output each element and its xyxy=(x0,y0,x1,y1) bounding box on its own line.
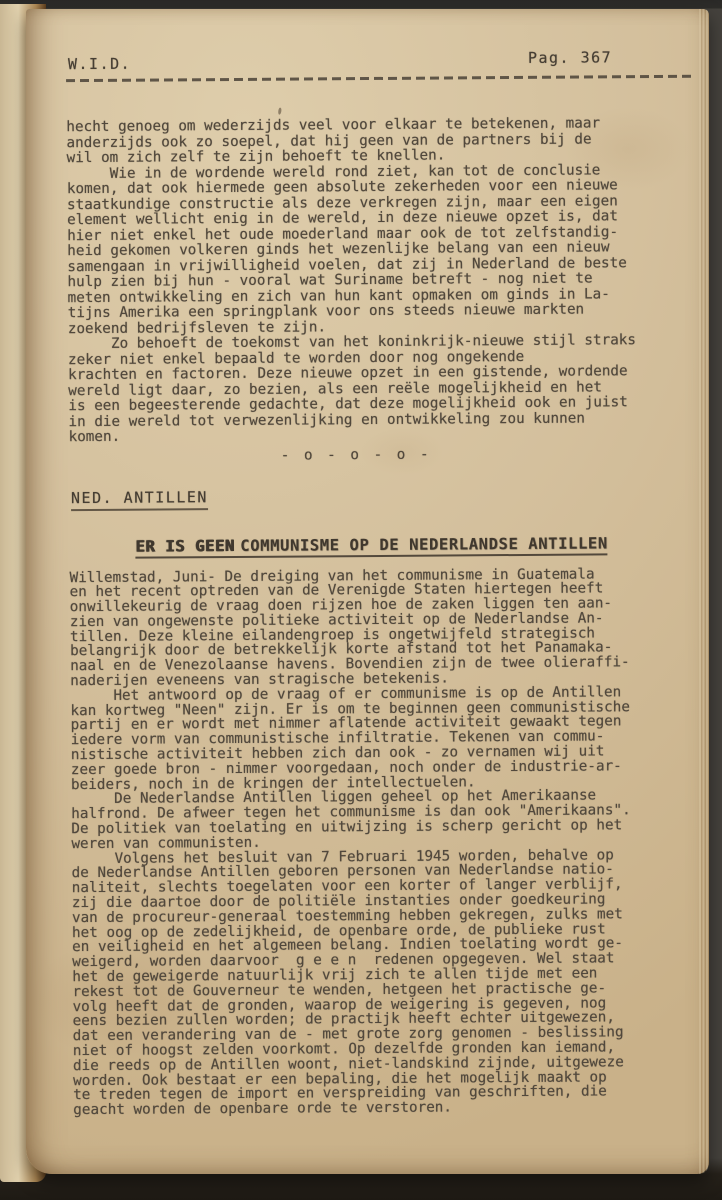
header-dashed-rule xyxy=(66,75,695,82)
header-page-number: Pag. 367 xyxy=(528,48,612,67)
paragraph: Volgens het besluit van 7 Februari 1945 … xyxy=(71,847,702,1118)
scan-backdrop: W.I.D. Pag. 367 hecht genoeg om wederzij… xyxy=(0,0,722,1200)
article-title: ER IS GEENCOMMUNISME OP DE NEDERLANDSE A… xyxy=(135,534,608,558)
article-text: Willemstad, Juni- De dreiging van het co… xyxy=(70,566,703,1118)
page-stack-edge xyxy=(699,9,709,1174)
paragraph: Zo behoeft de toekomst van het koninkrij… xyxy=(68,333,698,446)
continuation-text: hecht genoeg om wederzijds veel voor elk… xyxy=(66,116,697,446)
paragraph: De Nederlandse Antillen liggen geheel op… xyxy=(71,788,700,852)
document-page: W.I.D. Pag. 367 hecht genoeg om wederzij… xyxy=(26,9,709,1174)
page-content: W.I.D. Pag. 367 hecht genoeg om wederzij… xyxy=(26,5,717,1175)
article-title-rest: COMMUNISME OP DE NEDERLANDSE ANTILLEN xyxy=(240,534,608,555)
paragraph: Wie in de wordende wereld rond ziet, kan… xyxy=(67,162,697,337)
page-header: W.I.D. Pag. 367 xyxy=(66,51,695,82)
section-heading: NED. ANTILLEN xyxy=(71,488,208,511)
header-journal-label: W.I.D. xyxy=(68,55,131,73)
paragraph: Willemstad, Juni- De dreiging van het co… xyxy=(70,566,700,689)
article-title-strong: ER IS GEEN xyxy=(135,536,234,555)
section-separator: - o - o - o - xyxy=(281,444,698,463)
paragraph: hecht genoeg om wederzijds veel voor elk… xyxy=(66,116,695,167)
paragraph: Het antwoord op de vraag of er communism… xyxy=(70,685,700,793)
ink-speck xyxy=(278,107,282,114)
